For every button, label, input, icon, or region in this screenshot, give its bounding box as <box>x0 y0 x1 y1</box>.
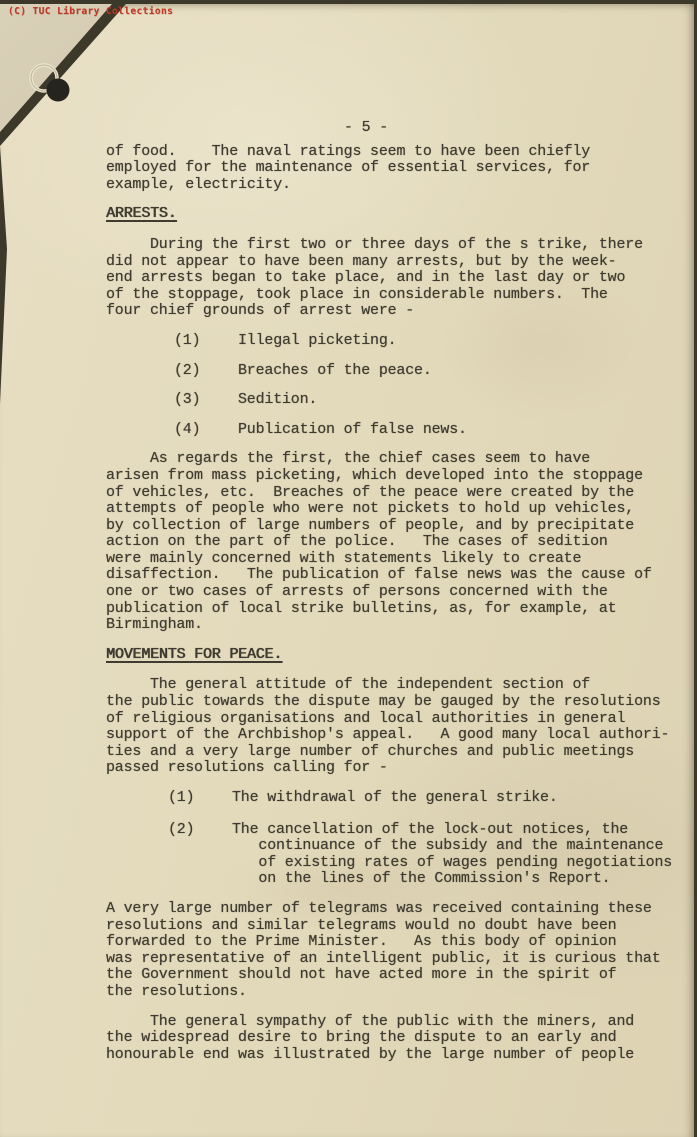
resolutions-list: (1) The withdrawal of the general strike… <box>168 790 672 888</box>
section-heading-movements-for-peace: MOVEMENTS FOR PEACE. <box>106 647 672 664</box>
list-item-text: The withdrawal of the general strike. <box>232 790 558 807</box>
list-item-marker: (2) <box>174 363 238 380</box>
typewritten-text-column: - 5 - of food. The naval ratings seem to… <box>106 120 672 1076</box>
list-item-marker: (4) <box>174 422 238 439</box>
arrest-grounds-list: (1) Illegal picketing. (2) Breaches of t… <box>174 333 672 438</box>
page-number: - 5 - <box>344 120 672 137</box>
paragraph-arrests-overview: During the first two or three days of th… <box>106 237 672 320</box>
list-item-text: Sedition. <box>238 392 317 409</box>
paragraph-naval-ratings: of food. The naval ratings seem to have … <box>106 144 672 194</box>
list-item: (4) Publication of false news. <box>174 422 672 439</box>
list-item-text: Publication of false news. <box>238 422 467 439</box>
list-item: (1) Illegal picketing. <box>174 333 672 350</box>
paragraph-telegrams: A very large number of telegrams was rec… <box>106 901 672 1001</box>
paragraph-public-sympathy: The general sympathy of the public with … <box>106 1014 672 1064</box>
list-item: (1) The withdrawal of the general strike… <box>168 790 672 807</box>
list-item: (2) The cancellation of the lock-out not… <box>168 822 672 888</box>
document-page: - 5 - of food. The naval ratings seem to… <box>0 4 694 1137</box>
list-item-text: The cancellation of the lock-out notices… <box>232 822 672 888</box>
paragraph-arrest-grounds-detail: As regards the first, the chief cases se… <box>106 451 672 634</box>
list-item-marker: (1) <box>174 333 238 350</box>
scanned-page-background: - 5 - of food. The naval ratings seem to… <box>0 0 697 1137</box>
list-item: (2) Breaches of the peace. <box>174 363 672 380</box>
list-item-marker: (2) <box>168 822 232 888</box>
section-heading-arrests: ARRESTS. <box>106 206 672 223</box>
list-item: (3) Sedition. <box>174 392 672 409</box>
fastener-corner-decoration <box>0 0 130 140</box>
copyright-watermark: (C) TUC Library Collections <box>8 6 173 17</box>
fastener-hole <box>47 79 70 102</box>
list-item-text: Illegal picketing. <box>238 333 396 350</box>
paragraph-public-attitude: The general attitude of the independent … <box>106 677 672 777</box>
list-item-marker: (3) <box>174 392 238 409</box>
list-item-text: Breaches of the peace. <box>238 363 432 380</box>
list-item-marker: (1) <box>168 790 232 807</box>
